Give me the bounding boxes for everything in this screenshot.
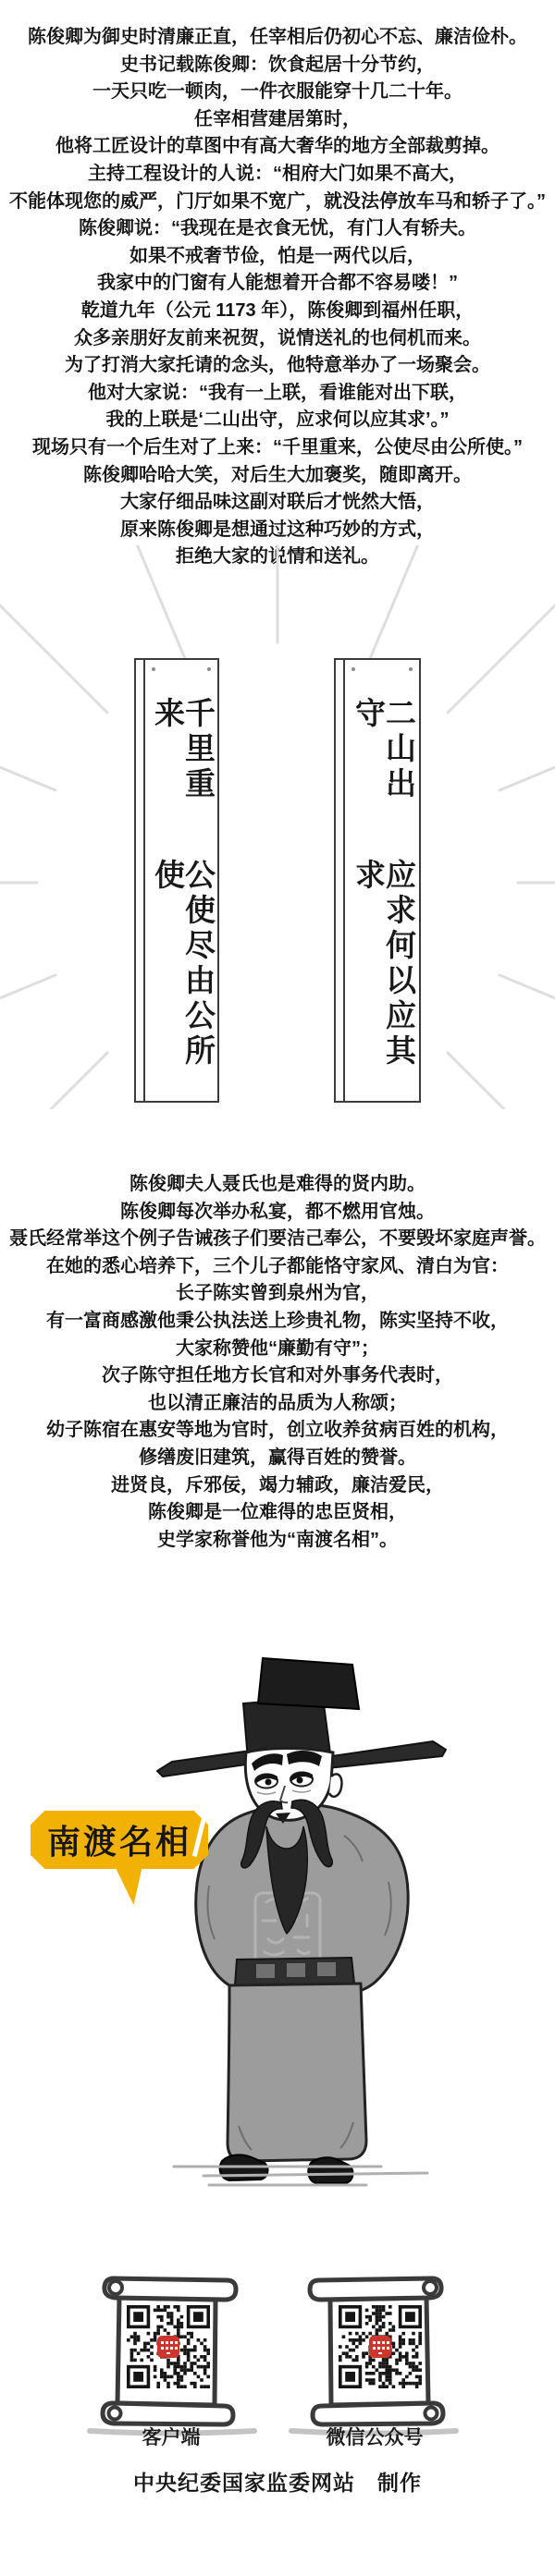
- text-line: 陈俊卿每次举办私宴，都不燃用官烛。: [0, 1199, 555, 1227]
- text-line: 一天只吃一顿肉，一件衣服能穿十几二十年。: [0, 79, 555, 106]
- text-line: 他对大家说：“我有一上联，看谁能对出下联，: [0, 380, 555, 408]
- text-line: 次子陈守担任地方长官和对外事务代表时，: [0, 1362, 555, 1390]
- infographic-page: 陈俊卿为御史时清廉正直，任宰相后仍初心不忘、廉洁俭朴。史书记载陈俊卿：饮食起居十…: [0, 0, 555, 2576]
- name-badge: 南渡名相: [31, 1811, 208, 1869]
- text-line: 陈俊卿夫人聂氏也是难得的贤内助。: [0, 1171, 555, 1199]
- footer-credit: 中央纪委国家监委网站 制作: [0, 2466, 555, 2497]
- couplet-right-phrase2: 应求何以应其求: [351, 859, 413, 1101]
- text-line: 现场只有一个后生对了上来：“千里重来，公使尽由公所使。”: [0, 434, 555, 462]
- text-line: 史学家称誉他为“南渡名相”。: [0, 1527, 555, 1555]
- text-line: 也以清正廉洁的品质为人称颂；: [0, 1390, 555, 1418]
- text-line: 主持工程设计的人说：“相府大门如果不高大，: [0, 161, 555, 189]
- text-line: 我家中的门窗有人能想着开合都不容易喽！”: [0, 270, 555, 298]
- couplet-left-phrase2: 公使尽由公所使: [151, 859, 212, 1101]
- couplet-left-phrase1: 千里重来: [151, 697, 212, 836]
- qr-code-client-app: [127, 2305, 210, 2388]
- shoe-right: [308, 2157, 352, 2183]
- badge-gloss: [192, 1816, 206, 1857]
- story-part2: 陈俊卿夫人聂氏也是难得的贤内助。陈俊卿每次举办私宴，都不燃用官烛。聂氏经常举这个…: [0, 1171, 555, 1554]
- text-line: 大家称赞他“廉勤有守”；: [0, 1336, 555, 1363]
- badge-label: 南渡名相: [47, 1816, 191, 1863]
- ear-right: [329, 1774, 341, 1796]
- hat-crown: [258, 1658, 359, 1709]
- text-line: 进贤良，斥邪佞，竭力辅政，廉洁爱民，: [0, 1472, 555, 1500]
- nail-dot: [152, 667, 155, 671]
- text-line: 陈俊卿是一位难得的忠臣贤相，: [0, 1499, 555, 1527]
- official-cartoon-illustration: [129, 1649, 518, 2204]
- story-part1: 陈俊卿为御史时清廉正直，任宰相后仍初心不忘、廉洁俭朴。史书记载陈俊卿：饮食起居十…: [0, 24, 555, 571]
- couplet-scroll-left: 千里重来 公使尽由公所使: [134, 658, 219, 1103]
- text-line: 众多亲朋好友前来祝贺，说情送礼的也伺机而来。: [0, 325, 555, 353]
- text-line: 幼子陈宿在惠安等地为官时，创立收养贫病百姓的机构，: [0, 1417, 555, 1445]
- text-line: 修缮废旧建筑，赢得百姓的赞誉。: [0, 1445, 555, 1472]
- nail-dot: [207, 667, 211, 671]
- qr-code-wechat: [339, 2305, 422, 2388]
- scroll-face: 千里重来 公使尽由公所使: [145, 660, 217, 1101]
- couplet-right-phrase1: 二山出守: [351, 697, 413, 836]
- text-line: 任宰相营建居第时，: [0, 106, 555, 134]
- text-line: 他将工匠设计的草图中有高大奢华的地方全部裁剪掉。: [0, 133, 555, 161]
- hat-wing-left: [157, 1750, 259, 1776]
- text-line: 史书记载陈俊卿：饮食起居十分节约，: [0, 52, 555, 79]
- scroll-edge: [336, 660, 345, 1101]
- text-line: 大家仔细品味这副对联后才恍然大悟，: [0, 489, 555, 517]
- ground-lines: [174, 2167, 427, 2185]
- text-line: 原来陈俊卿是想通过这种巧妙的方式，: [0, 517, 555, 544]
- text-line: 在她的悉心培养下，三个儿子都能恪守家风、清白为官：: [0, 1253, 555, 1281]
- scroll-edge: [136, 660, 145, 1101]
- text-line: 陈俊卿说：“我现在是衣食无忧，有门人有轿夫。: [0, 215, 555, 243]
- text-line: 长子陈实曾到泉州为官，: [0, 1280, 555, 1308]
- belt-plates: [256, 1962, 336, 1978]
- nail-dot: [409, 667, 413, 671]
- text-line: 不能体现您的威严，门厅如果不宽广，就没法停放车马和轿子了。”: [0, 189, 555, 216]
- nail-dot: [351, 667, 355, 671]
- text-line: 乾道九年（公元 1173 年），陈俊卿到福州任职，: [0, 298, 555, 325]
- qr-label-client: 客户端: [79, 2423, 264, 2450]
- text-line: 如果不戒奢节俭，怕是一两代以后，: [0, 243, 555, 271]
- text-line: 陈俊卿为御史时清廉正直，任宰相后仍初心不忘、廉洁俭朴。: [0, 24, 555, 52]
- text-line: 我的上联是‘二山出守，应求何以应其求’。”: [0, 407, 555, 434]
- scroll-face: 二山出守 应求何以应其求: [345, 660, 419, 1101]
- hat-wing-right: [326, 1741, 446, 1768]
- text-line: 聂氏经常举这个例子告诫孩子们要洁己奉公，不要毁坏家庭声誉。: [0, 1226, 555, 1253]
- text-line: 为了打消大家托请的念头，他特意举办了一场聚会。: [0, 352, 555, 380]
- text-line: 有一富商感激他秉公执法送上珍贵礼物，陈实坚持不收，: [0, 1308, 555, 1336]
- qr-label-wechat: 微信公众号: [282, 2423, 467, 2450]
- couplet-scroll-right: 二山出守 应求何以应其求: [334, 658, 421, 1103]
- sunburst-rays: [0, 545, 555, 1109]
- robe-skirt: [228, 1984, 366, 2161]
- text-line: 陈俊卿哈哈大笑，对后生大加褒奖，随即离开。: [0, 462, 555, 490]
